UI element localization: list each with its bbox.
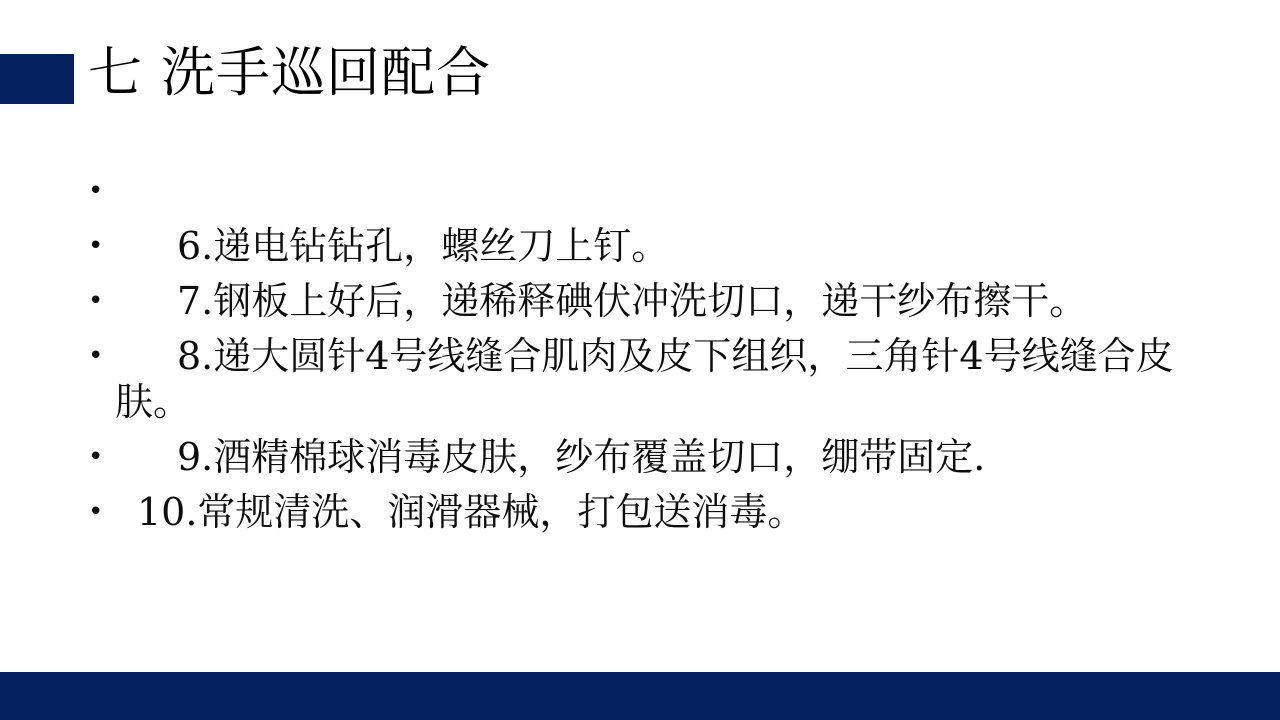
bullet-icon: •	[88, 168, 115, 214]
bullet-icon: •	[88, 278, 115, 324]
bullet-icon: •	[88, 223, 115, 269]
bullet-icon: •	[88, 489, 115, 535]
list-item: • 10.常规清洗、润滑器械，打包送消毒。	[88, 489, 1175, 535]
bullet-icon: •	[88, 333, 115, 379]
list-item-text: 8.递大圆针4号线缝合肌肉及皮下组织，三角针4号线缝合皮肤。	[115, 333, 1175, 425]
list-item: • 6.递电钻钻孔，螺丝刀上钉。	[88, 223, 1175, 269]
list-item-text	[115, 168, 1175, 214]
footer-bar	[0, 672, 1280, 720]
slide-title: 七 洗手巡回配合	[88, 40, 491, 106]
list-item: • 8.递大圆针4号线缝合肌肉及皮下组织，三角针4号线缝合皮肤。	[88, 333, 1175, 425]
list-item: • 7.钢板上好后，递稀释碘伏冲洗切口，递干纱布擦干。	[88, 278, 1175, 324]
bullet-icon: •	[88, 434, 115, 480]
list-item-text: 9.酒精棉球消毒皮肤，纱布覆盖切口，绷带固定.	[115, 434, 1175, 480]
list-item-text: 7.钢板上好后，递稀释碘伏冲洗切口，递干纱布擦干。	[115, 278, 1175, 324]
list-item: •	[88, 168, 1175, 214]
list-item-text: 6.递电钻钻孔，螺丝刀上钉。	[115, 223, 1175, 269]
list-item-text: 10.常规清洗、润滑器械，打包送消毒。	[115, 489, 1175, 535]
list-item: • 9.酒精棉球消毒皮肤，纱布覆盖切口，绷带固定.	[88, 434, 1175, 480]
title-accent-bar	[0, 54, 74, 104]
slide-canvas: 七 洗手巡回配合 • • 6.递电钻钻孔，螺丝刀上钉。 • 7.钢板上好后，递稀…	[0, 0, 1280, 720]
bullet-list: • • 6.递电钻钻孔，螺丝刀上钉。 • 7.钢板上好后，递稀释碘伏冲洗切口，递…	[88, 168, 1175, 544]
